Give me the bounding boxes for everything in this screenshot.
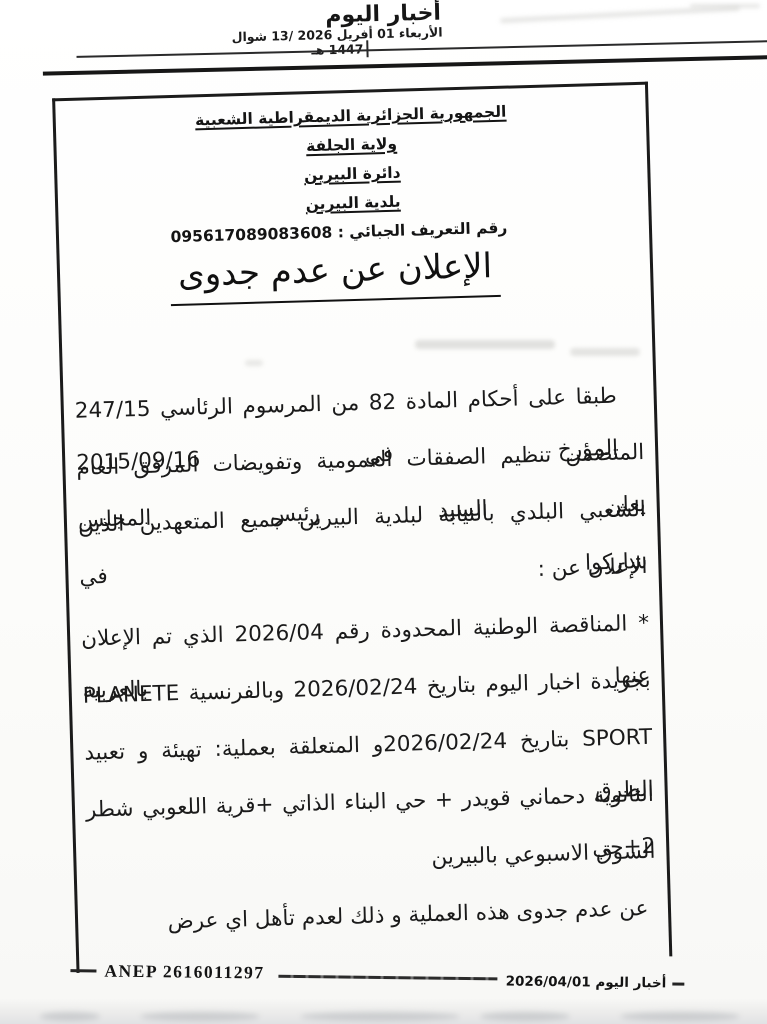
ink-bleed-smudge xyxy=(245,360,263,366)
ink-bleed-smudge xyxy=(415,340,555,349)
announcement-title-text: الإعلان عن عدم جدوى xyxy=(170,246,501,306)
government-header: الجمهورية الجزائرية الديمقراطية الشعبية … xyxy=(52,94,651,227)
journal-credit: أخبار اليوم 2026/04/01 xyxy=(506,973,667,991)
scan-edge-smudge xyxy=(480,1012,570,1021)
announcement-document: الجمهورية الجزائرية الديمقراطية الشعبية … xyxy=(52,82,674,1020)
footer-left-dash xyxy=(70,969,96,972)
scan-edge-smudge xyxy=(620,1012,740,1021)
masthead-date: الأربعاء 01 أفريل 2026 /13 شوال 1447 هـ xyxy=(217,24,458,59)
masthead-rule-thick xyxy=(43,55,767,76)
anep-number: ANEP 2616011297 xyxy=(104,960,264,983)
scan-edge-smudge xyxy=(140,1012,260,1021)
scan-edge-smudge xyxy=(40,1012,100,1021)
ink-bleed-smudge xyxy=(570,348,640,356)
footer-right-dash xyxy=(672,982,684,985)
scan-bottom-edge xyxy=(0,998,767,1024)
anep-footer: ANEP 2616011297 أخبار اليوم 2026/04/01 xyxy=(70,956,684,991)
announcement-body: طبقا على أحكام المادة 82 من المرسوم الرئ… xyxy=(74,370,658,956)
scan-noise-streak xyxy=(690,4,760,8)
masthead-column-tick xyxy=(366,40,368,57)
scan-edge-smudge xyxy=(300,1012,460,1021)
footer-divider-line xyxy=(278,974,497,980)
